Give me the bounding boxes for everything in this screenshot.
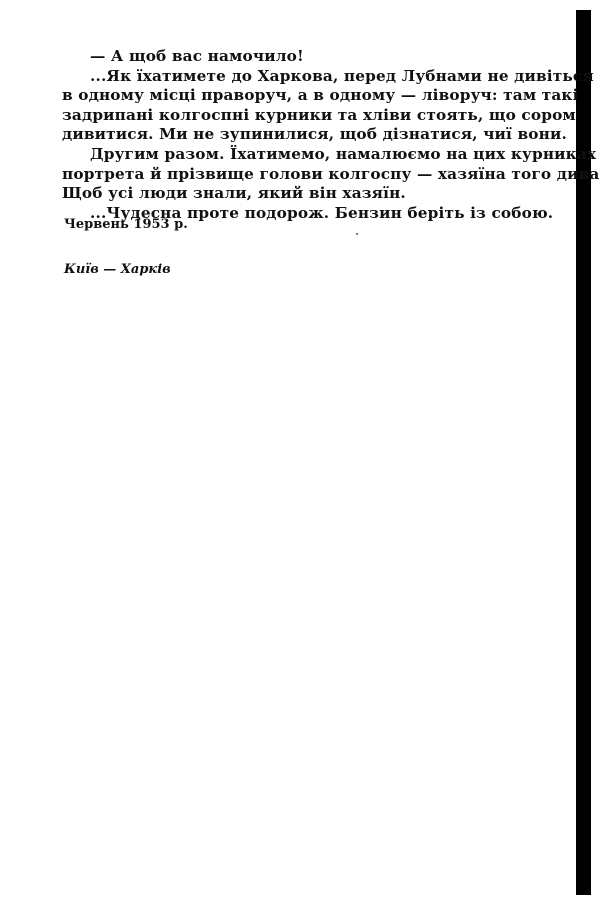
text-line: в одному місці праворуч, а в одному — лі… (62, 86, 554, 106)
text-line: дивитися. Ми не зупинилися, щоб дізнатис… (62, 125, 554, 145)
text-line: Щоб усі люди знали, який він хазяїн. (62, 184, 554, 204)
text-line: ...Як їхатимете до Харкова, перед Лубнам… (62, 67, 554, 87)
page-edge-shadow (576, 10, 591, 895)
text-line: — А щоб вас намочило! (62, 47, 554, 67)
text-line: портрета й прізвище голови колгоспу — ха… (62, 165, 554, 185)
text-line: задрипані колгоспні курники та хліви сто… (62, 106, 554, 126)
body-text: — А щоб вас намочило! ...Як їхатимете до… (62, 47, 554, 223)
place-line: Київ — Харків (64, 262, 171, 277)
text-line: Другим разом. Їхатимемо, намалюємо на ци… (62, 145, 554, 165)
date-line: Червень 1953 р. (64, 217, 188, 232)
print-speck (356, 233, 358, 235)
